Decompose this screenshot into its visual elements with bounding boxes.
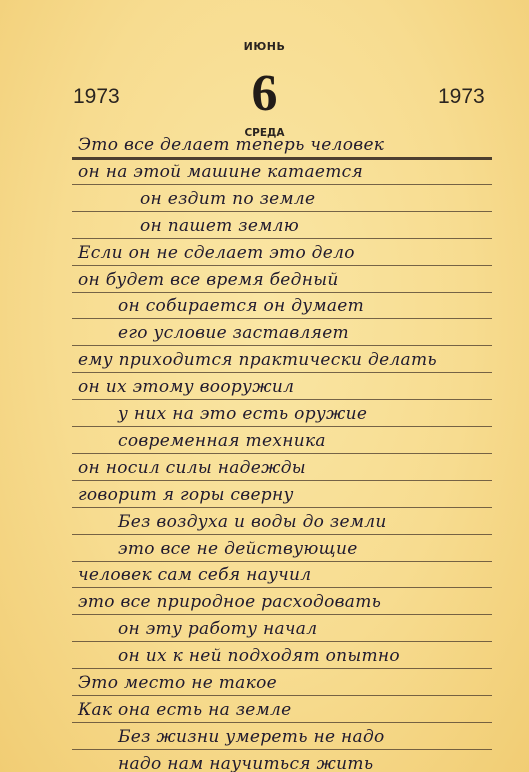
ruled-line [72,292,492,293]
ruled-line [72,372,492,373]
ruled-line [72,722,492,723]
handwritten-line: он будет все время бедный [78,270,339,290]
handwritten-line: Это все делает теперь человек [78,135,384,155]
handwritten-line: у них на это есть оружие [118,404,367,424]
ruled-line [72,641,492,642]
ruled-line [72,507,492,508]
handwritten-line: современная техника [118,431,326,451]
handwritten-line: Без воздуха и воды до земли [118,512,387,532]
ruled-line [72,695,492,696]
handwritten-line: он эту работу начал [118,619,317,639]
handwritten-line: это все природное расходовать [78,592,381,612]
handwritten-line: говорит я горы сверну [78,485,294,505]
month-label: ИЮНЬ [0,40,529,53]
handwritten-line: он их к ней подходят опытно [118,646,400,666]
handwritten-line: он носил силы надежды [78,458,306,478]
handwritten-line: надо нам научиться жить [118,754,373,772]
ruled-line [72,587,492,588]
handwritten-line: он их этому вооружил [78,377,294,397]
ruled-line [72,238,492,239]
handwritten-line: он на этой машине катается [78,162,363,182]
ruled-line [72,534,492,535]
ruled-line [72,614,492,615]
ruled-line [72,184,492,185]
ruled-line [72,561,492,562]
ruled-line [72,453,492,454]
ruled-line [72,668,492,669]
handwritten-line: человек сам себя научил [78,565,311,585]
handwritten-line: Как она есть на земле [78,700,292,720]
ruled-line [72,426,492,427]
handwritten-line: он собирается он думает [118,296,364,316]
handwritten-line: он ездит по земле [140,189,315,209]
handwritten-line: он пашет землю [140,216,299,236]
handwritten-line: Если он не сделает это дело [78,243,355,263]
handwritten-line: Без жизни умереть не надо [118,727,385,747]
handwritten-line: это все не действующие [118,539,358,559]
handwritten-line: его условие заставляет [118,323,349,343]
handwritten-line: Это место не такое [78,673,277,693]
calendar-page: ИЮНЬ 1973 6 1973 СРЕДА Это все делает те… [0,0,529,772]
ruled-line [72,211,492,212]
ruled-line [72,265,492,266]
ruled-line [72,399,492,400]
year-right: 1973 [438,85,485,109]
ruled-line [72,480,492,481]
ruled-line [72,345,492,346]
ruled-line [72,749,492,750]
ruled-line [72,318,492,319]
ruled-line [72,157,492,160]
handwritten-line: ему приходится практически делать [78,350,437,370]
